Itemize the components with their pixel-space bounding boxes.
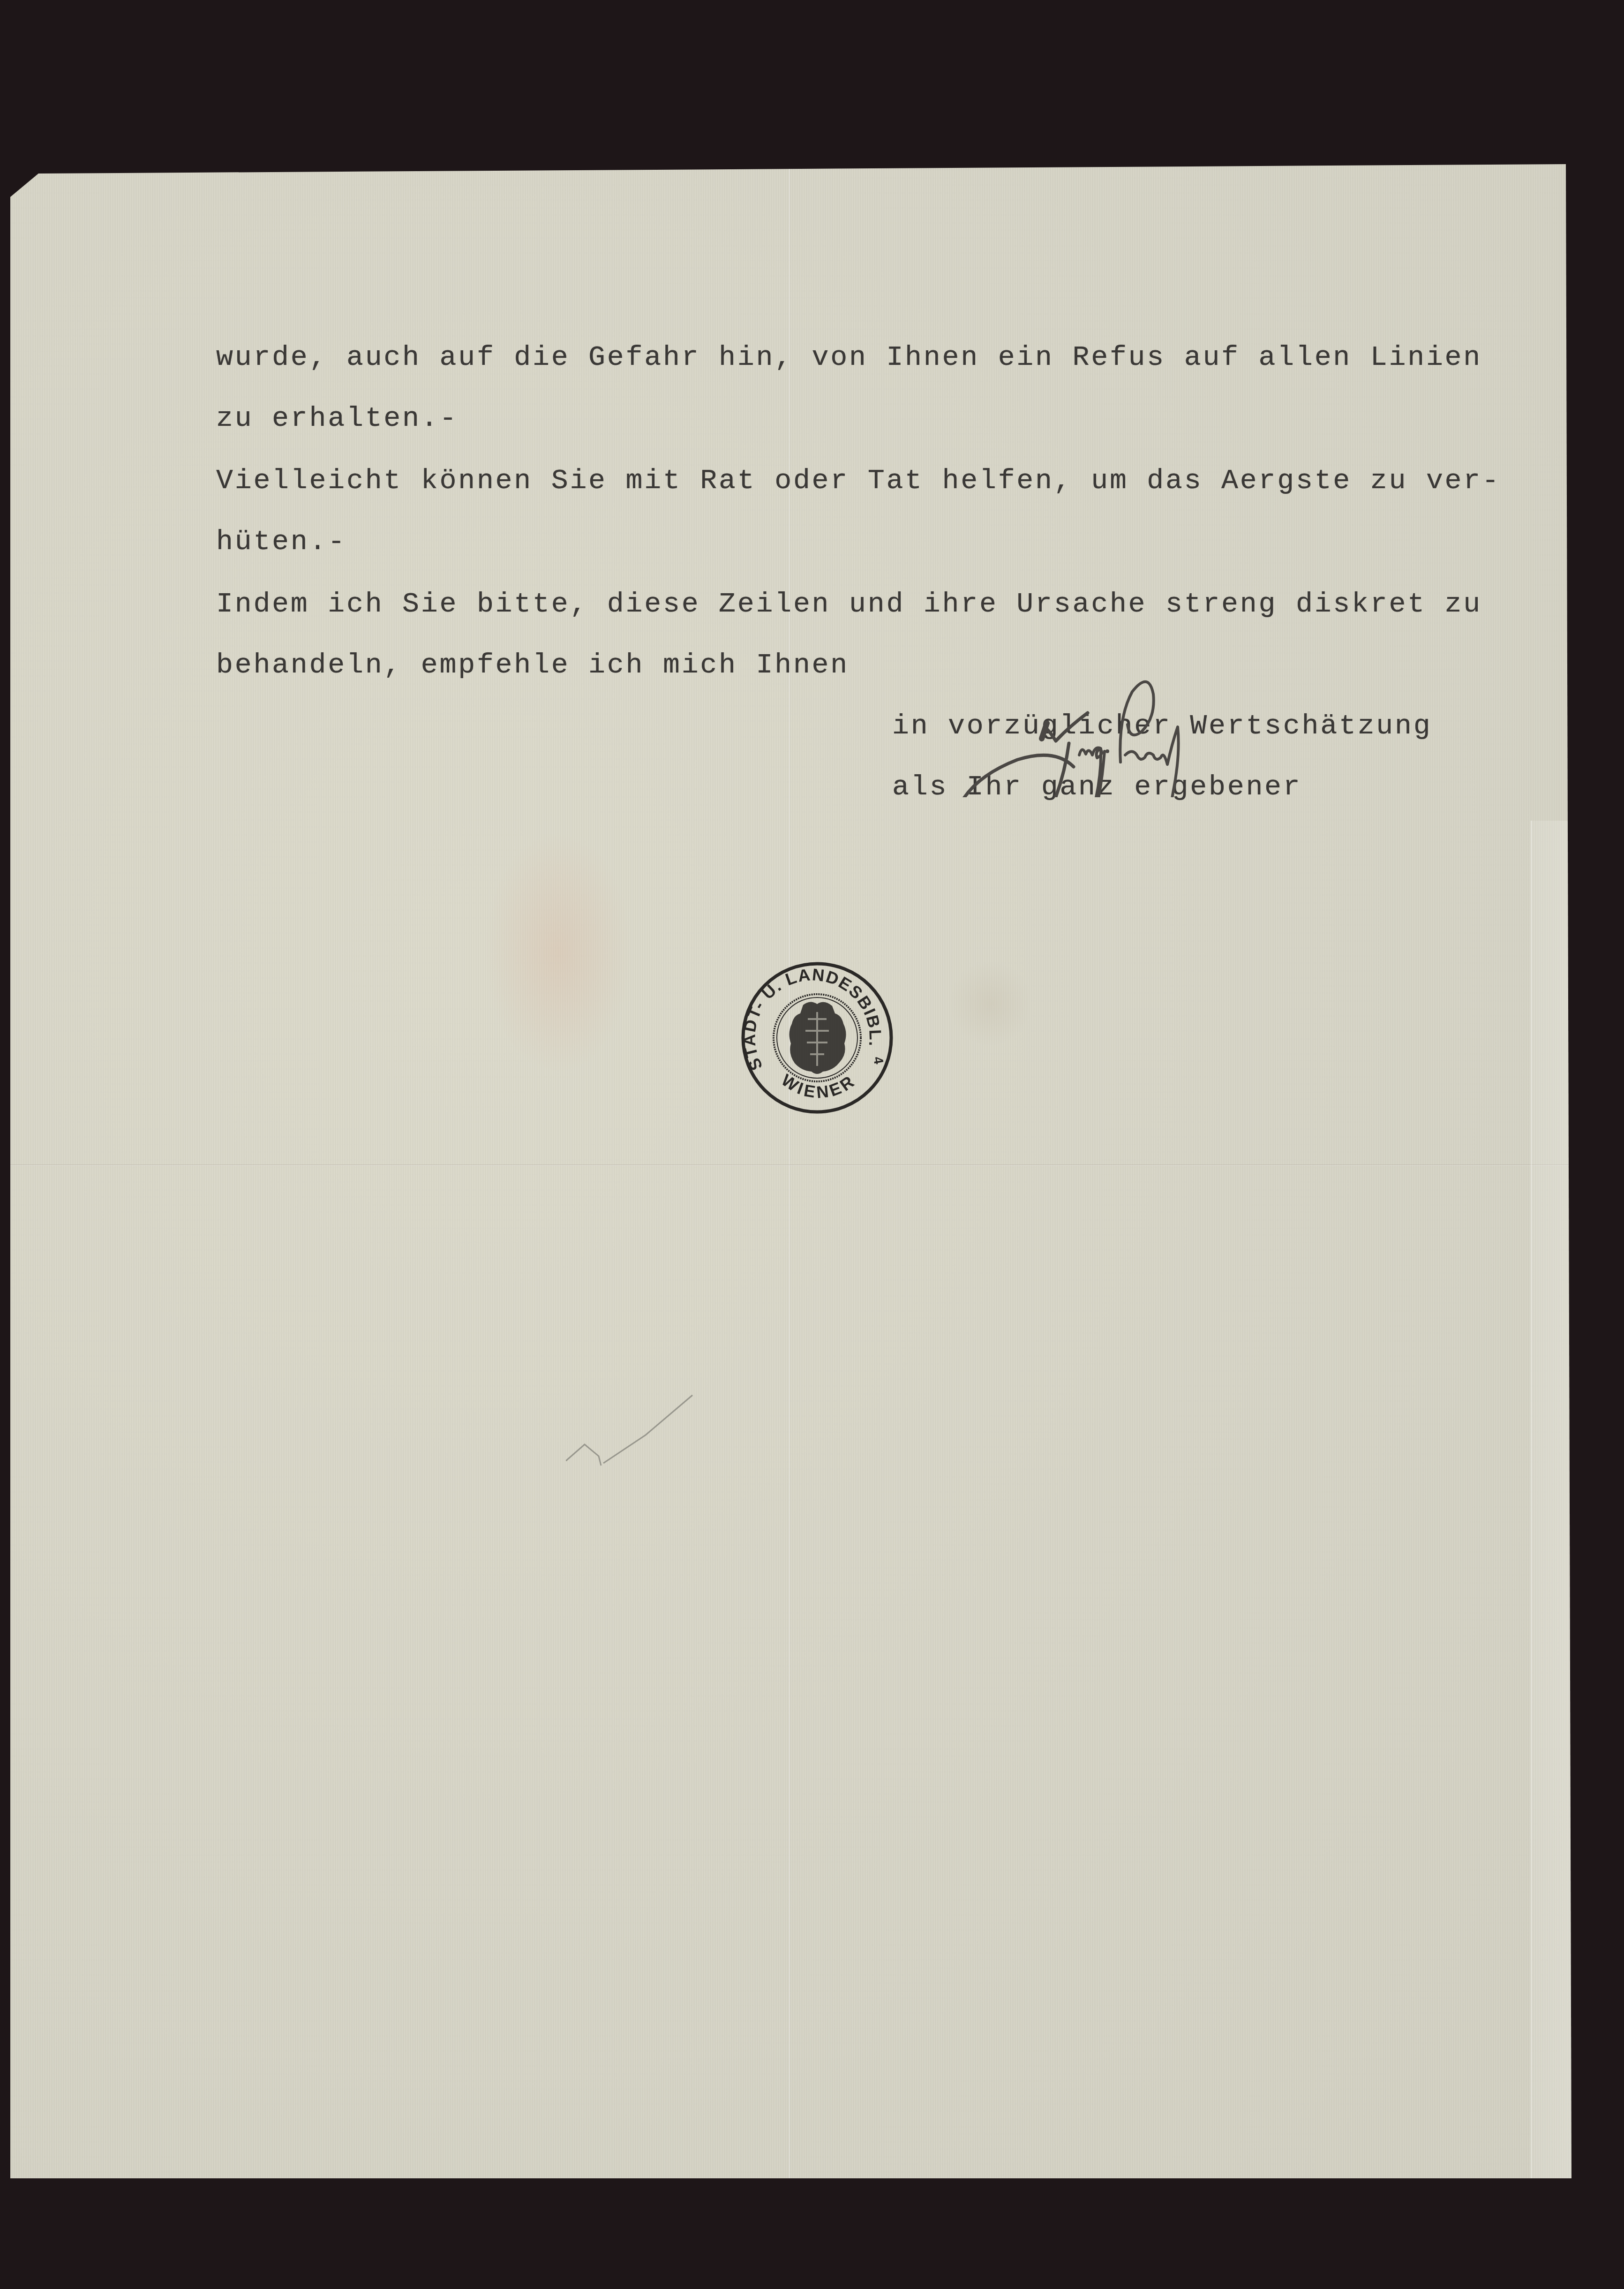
horizontal-fold-line xyxy=(10,1164,1571,1166)
coat-of-arms-icon xyxy=(789,1002,846,1074)
paper-edge-strip xyxy=(1531,821,1571,2178)
body-line-5: Indem ich Sie bitte, diese Zeilen und ih… xyxy=(216,590,1482,619)
handwritten-signature xyxy=(933,642,1289,797)
library-stamp: STADT- U. LANDESBIBL. WIENER 4 xyxy=(733,953,902,1122)
body-line-6: behandeln, empfehle ich mich Ihnen xyxy=(216,651,849,680)
paper-stain xyxy=(484,830,634,1074)
body-line-4: hüten.- xyxy=(216,528,346,556)
svg-text:WIENER: WIENER xyxy=(778,1070,860,1102)
pencil-crease-mark xyxy=(566,1383,707,1491)
paper-stain xyxy=(948,961,1032,1046)
stamp-bottom-text: WIENER xyxy=(778,1070,860,1102)
body-line-1: wurde, auch auf die Gefahr hin, von Ihne… xyxy=(216,344,1482,372)
stamp-number: 4 xyxy=(871,1056,886,1065)
body-line-2: zu erhalten.- xyxy=(216,405,458,433)
body-line-3: Vielleicht können Sie mit Rat oder Tat h… xyxy=(216,467,1501,495)
